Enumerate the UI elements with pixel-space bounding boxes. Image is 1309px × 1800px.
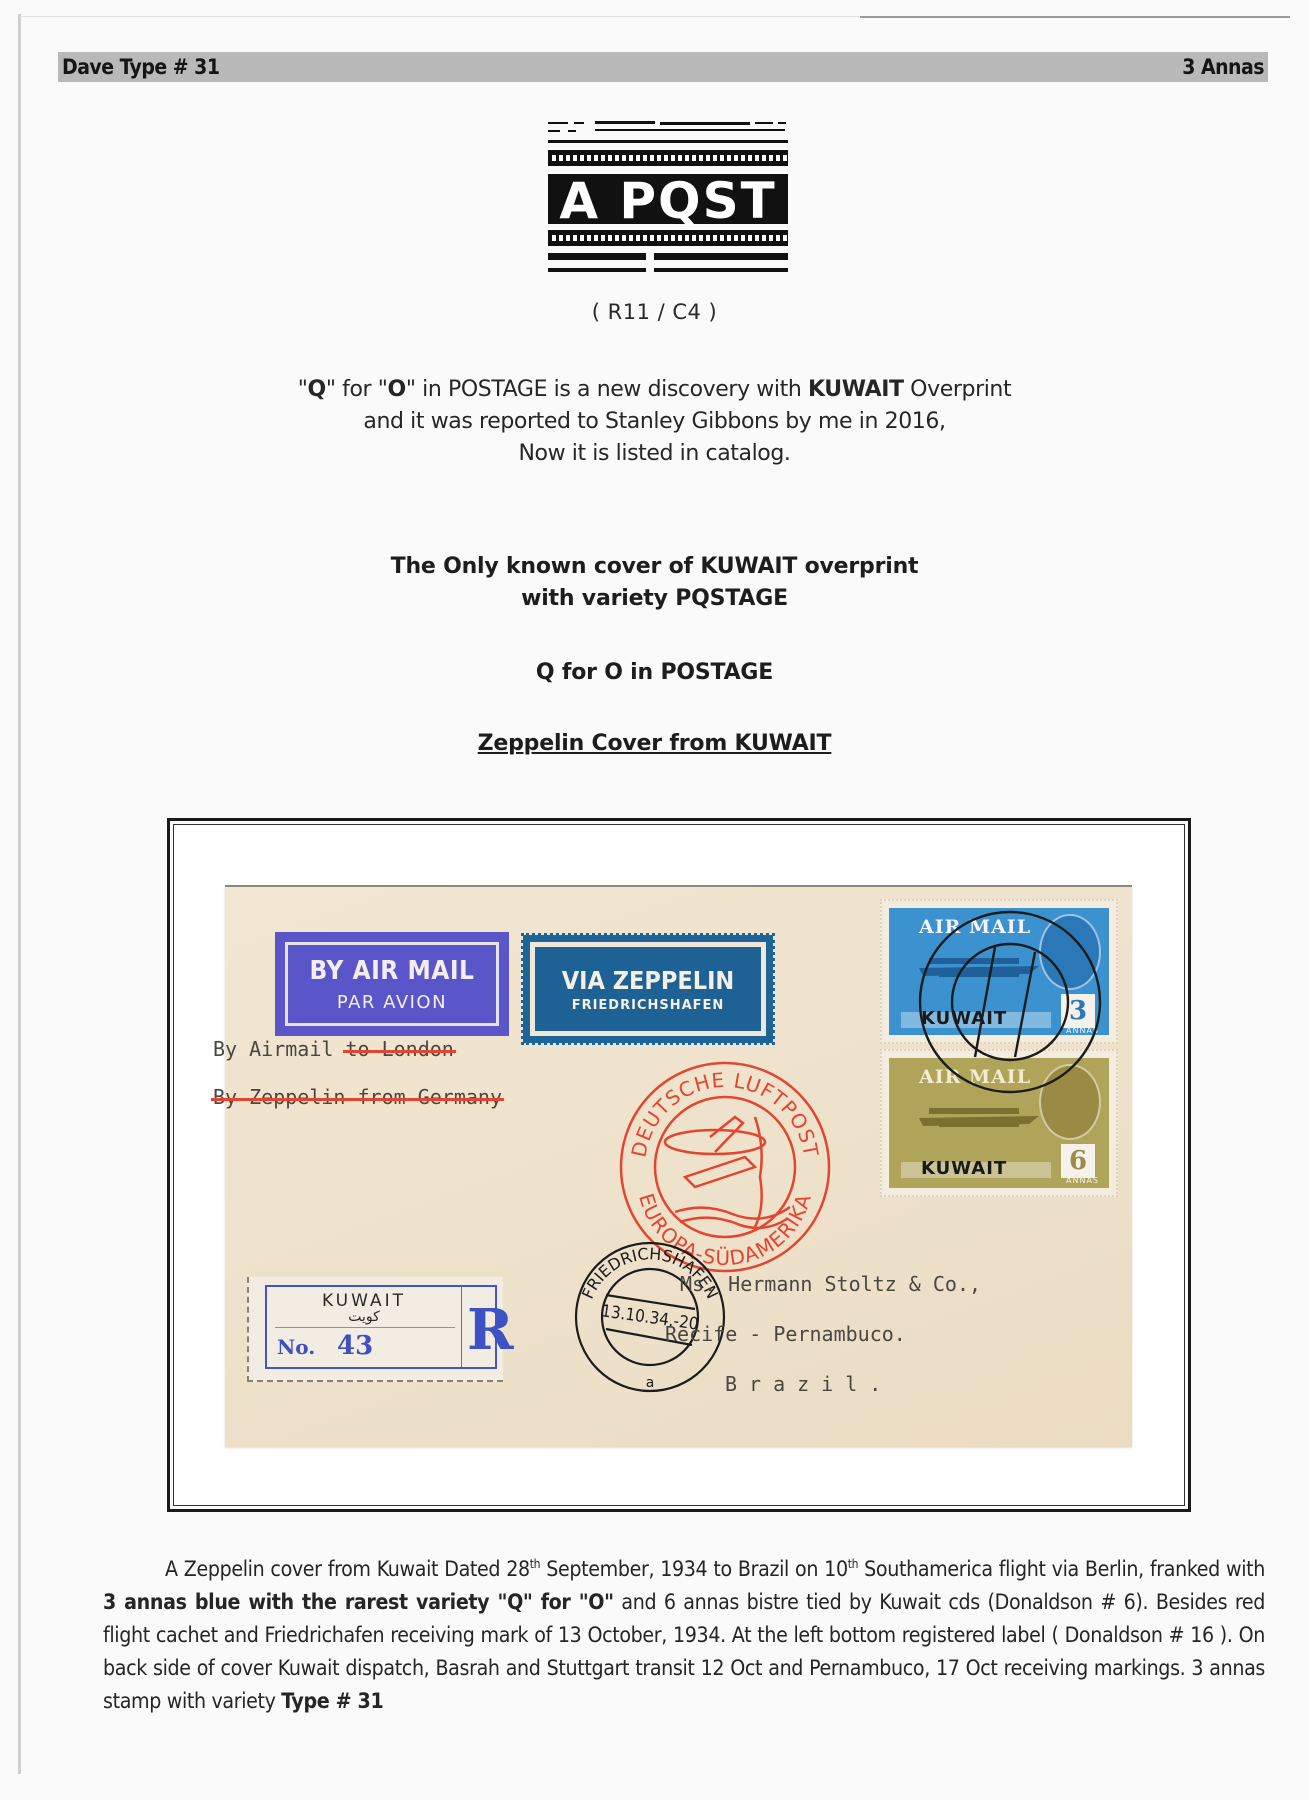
airmail-etiquette: BY AIR MAIL PAR AVION [275,932,509,1036]
reg-no-label: No. [277,1335,315,1359]
address-line-1: Ms. Hermann Stoltz & Co., [680,1272,981,1296]
page-edge [18,14,21,1774]
via-zeppelin-etiquette: VIA ZEPPELIN FRIEDRICHSHAFEN [523,935,773,1043]
reg-country: KUWAIT [267,1291,461,1311]
description-paragraph: A Zeppelin cover from Kuwait Dated 28th … [103,1548,1265,1717]
plate-position-ref: ( R11 / C4 ) [0,300,1309,324]
intro-line-1: "Q" for "O" in POSTAGE is a new discover… [0,374,1309,406]
page-edge [860,16,1290,18]
intro-paragraph: "Q" for "O" in POSTAGE is a new discover… [0,374,1309,470]
typed-routing-line-1: By Airmail to London [213,1037,454,1061]
heading-zeppelin-cover: Zeppelin Cover from KUWAIT [0,728,1309,760]
heading-only-known-cover: The Only known cover of KUWAIT overprint… [0,551,1309,615]
header-value-title: 3 Annas [1182,55,1264,79]
friedrichshafen-cancel: FRIEDRICHSHAFEN 13.10.34.-20 a [570,1237,730,1397]
stamp-3-annas-blue: AIR MAIL KUWAIT 3 ANNAS [880,899,1118,1044]
reg-number: 43 [337,1331,373,1361]
typed-routing-line-2: By Zeppelin from Germany [213,1085,502,1109]
stamp-6-annas-bistre: AIR MAIL KUWAIT 6 ANNAS [880,1049,1118,1197]
reg-country-arabic: كويت [267,1309,461,1325]
airplane-icon [909,1098,1049,1146]
kuwait-overprint: KUWAIT [921,1008,1007,1029]
overprint-closeup-image: A PQST [540,118,790,278]
registration-label: KUWAIT كويت No. 43 R [247,1277,503,1382]
svg-text:DEUTSCHE LUFTPOST: DEUTSCHE LUFTPOST [626,1068,823,1160]
reg-letter: R [467,1297,514,1363]
airplane-icon [909,948,1049,996]
intro-line-2: and it was reported to Stanley Gibbons b… [0,406,1309,438]
heading-q-for-o: Q for O in POSTAGE [0,657,1309,689]
address-line-3: Brazil. [725,1372,893,1396]
header-band: Dave Type # 31 3 Annas [58,52,1268,82]
svg-text:a: a [646,1375,655,1391]
intro-line-3: Now it is listed in catalog. [0,438,1309,470]
kuwait-overprint: KUWAIT [921,1158,1007,1179]
svg-text:A PQST: A PQST [559,172,776,230]
address-line-2: Recife - Pernambuco. [665,1322,906,1346]
zeppelin-cover-envelope: BY AIR MAIL PAR AVION VIA ZEPPELIN FRIED… [225,885,1132,1447]
header-type-title: Dave Type # 31 [62,55,219,79]
